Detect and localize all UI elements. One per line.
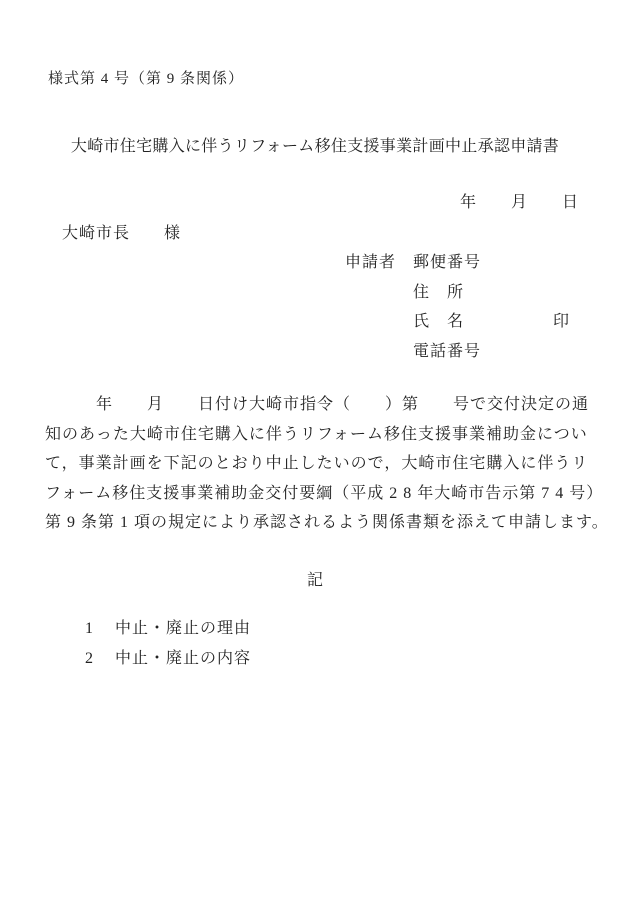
applicant-label: 申請者	[345, 249, 413, 272]
body-line-5: 第 9 条第 1 項の規定により承認されるよう関係書類を添えて申請します。	[45, 509, 601, 539]
body-line-4: フォーム移住支援事業補助金交付要綱（平成 2 8 年大崎市告示第 7 4 号）	[45, 480, 601, 510]
list-item-1-label: 中止・廃止の理由	[115, 620, 251, 637]
applicant-row-postal: 申請者 郵便番号	[345, 249, 481, 279]
body-line-1: 年 月 日付け大崎市指令（ ）第 号で交付決定の通	[45, 391, 601, 421]
applicant-field-postal-code: 郵便番号	[413, 249, 481, 272]
applicant-row-name: 氏 名	[345, 308, 481, 338]
list-item-2-label: 中止・廃止の内容	[115, 650, 251, 667]
applicant-block: 申請者 郵便番号 住 所 氏 名 電話番号	[345, 249, 481, 368]
body-line-2: 知のあった大崎市住宅購入に伴うリフォーム移住支援事業補助金につい	[45, 421, 601, 451]
applicant-row-address: 住 所	[345, 279, 481, 309]
body-line-3: て，事業計画を下記のとおり中止したいので，大崎市住宅購入に伴うリ	[45, 450, 601, 480]
record-heading: 記	[0, 567, 630, 590]
applicant-row-phone: 電話番号	[345, 338, 481, 368]
applicant-field-phone: 電話番号	[413, 338, 481, 361]
applicant-field-address: 住 所	[413, 279, 481, 302]
seal-mark: 印	[553, 308, 569, 331]
document-page: 様式第 4 号（第 9 条関係） 大崎市住宅購入に伴うリフォーム移住支援事業計画…	[0, 0, 630, 915]
list-item-2-number: 2	[85, 650, 115, 668]
body-paragraph: 年 月 日付け大崎市指令（ ）第 号で交付決定の通 知のあった大崎市住宅購入に伴…	[45, 391, 601, 539]
list-item-1: 1中止・廃止の理由	[55, 597, 251, 627]
item-list: 1中止・廃止の理由 2中止・廃止の内容	[55, 597, 251, 657]
applicant-field-name: 氏 名	[413, 308, 481, 331]
date-line: 年 月 日	[460, 189, 579, 212]
list-item-1-number: 1	[85, 620, 115, 638]
addressee: 大崎市長 様	[62, 220, 181, 243]
document-title: 大崎市住宅購入に伴うリフォーム移住支援事業計画中止承認申請書	[0, 133, 630, 156]
form-number: 様式第 4 号（第 9 条関係）	[48, 67, 244, 88]
